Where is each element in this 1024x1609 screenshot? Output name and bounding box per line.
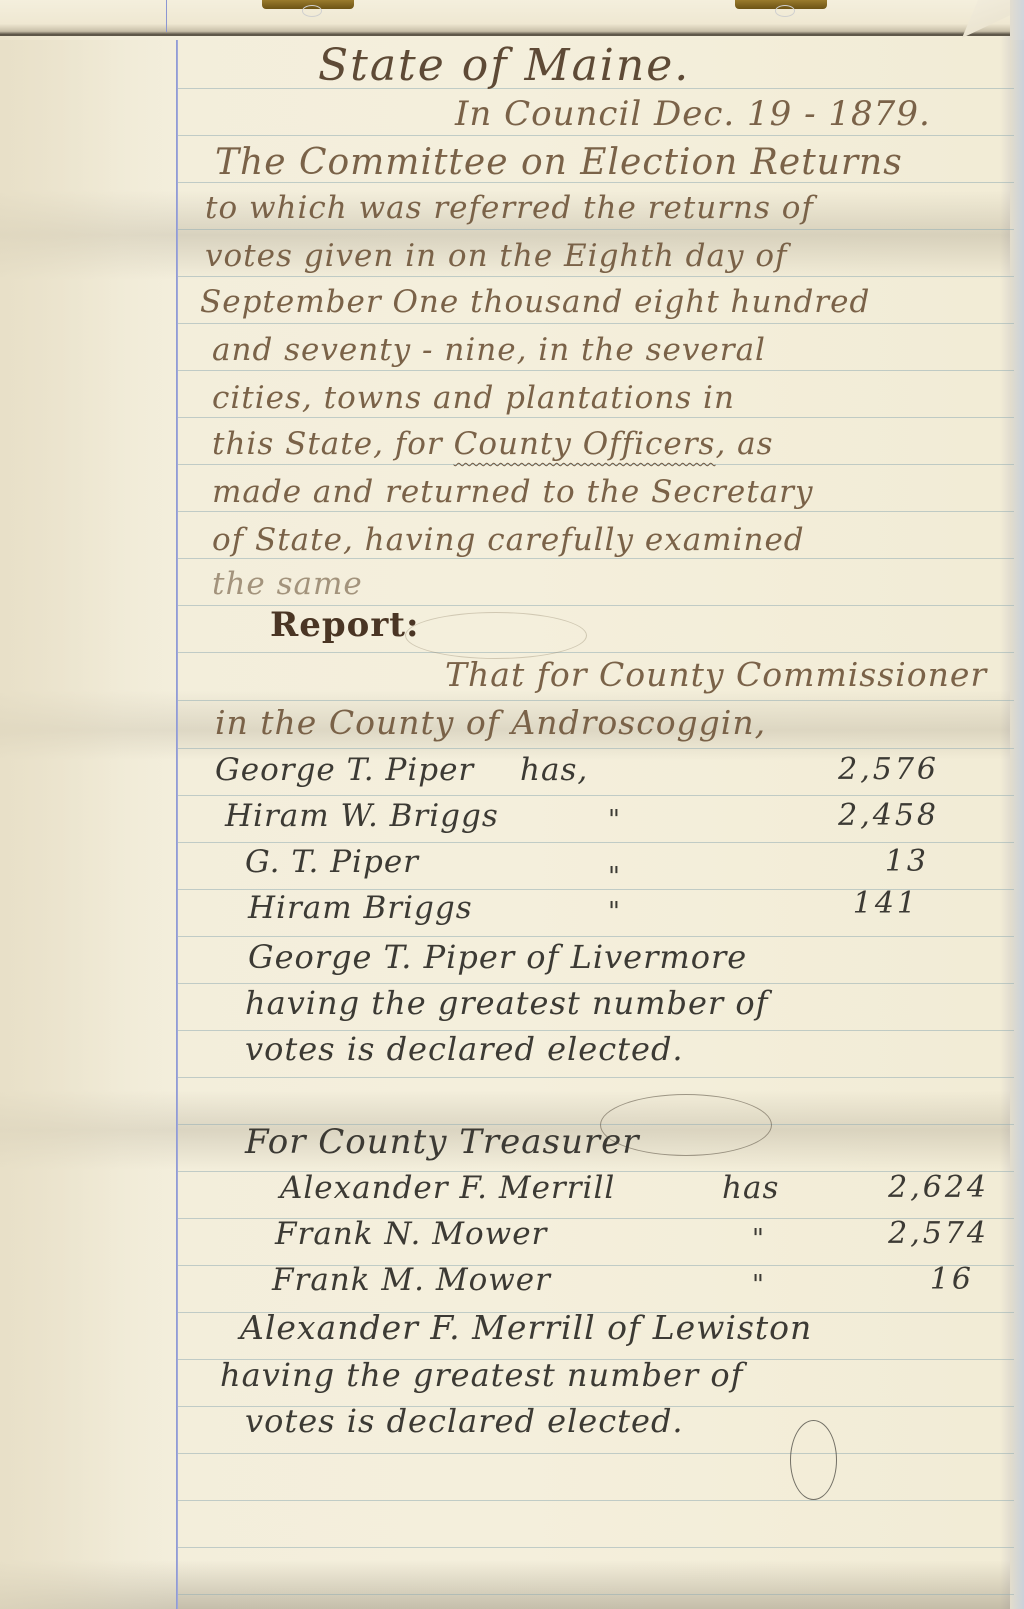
candidate-name: Hiram W. Briggs xyxy=(225,798,499,834)
report-label: Report: xyxy=(270,605,420,645)
commissioner-intro: in the County of Androscoggin, xyxy=(215,703,766,742)
has-label: has, xyxy=(520,752,588,788)
conclusion-line: having the greatest number of xyxy=(220,1356,743,1394)
ditto-mark: " xyxy=(608,805,620,835)
conclusion-line: votes is declared elected. xyxy=(245,1402,684,1440)
pen-flourish xyxy=(405,612,587,659)
pen-flourish xyxy=(790,1420,837,1500)
ditto-mark: " xyxy=(608,862,620,892)
candidate-name: Frank M. Mower xyxy=(272,1262,551,1298)
vote-count: 13 xyxy=(885,844,929,879)
candidate-name: G. T. Piper xyxy=(245,844,419,880)
underlined-county-officers: County Officers xyxy=(454,426,716,462)
string-knot-icon xyxy=(775,5,795,17)
vote-count: 2,624 xyxy=(888,1170,989,1205)
vote-count: 2,458 xyxy=(838,798,939,833)
preamble-line: votes given in on the Eighth day of xyxy=(205,238,787,274)
ditto-mark: " xyxy=(752,1270,764,1300)
preamble-line: cities, towns and plantations in xyxy=(212,380,735,416)
candidate-name: George T. Piper xyxy=(215,752,474,788)
preamble-line: The Committee on Election Returns xyxy=(215,142,903,183)
vote-count: 141 xyxy=(853,886,919,921)
commissioner-intro: That for County Commissioner xyxy=(445,655,987,694)
candidate-name: Frank N. Mower xyxy=(275,1216,547,1252)
candidate-name: Hiram Briggs xyxy=(248,890,473,926)
preamble-line: of State, having carefully examined xyxy=(212,522,805,558)
preamble-line: made and returned to the Secretary xyxy=(212,474,813,510)
conclusion-line: Alexander F. Merrill of Lewiston xyxy=(240,1308,812,1347)
vote-count: 2,574 xyxy=(888,1216,989,1251)
conclusion-line: having the greatest number of xyxy=(245,984,768,1022)
preamble-line: and seventy - nine, in the several xyxy=(212,332,766,368)
left-margin-area xyxy=(0,40,176,1609)
has-label: has xyxy=(722,1170,779,1206)
folded-top-flap xyxy=(0,0,1010,36)
ditto-mark: " xyxy=(752,1224,764,1254)
document-heading: State of Maine. xyxy=(318,40,690,91)
preamble-line-county-officers: this State, for County Officers, as xyxy=(212,426,774,462)
preamble-line: September One thousand eight hundred xyxy=(200,284,870,320)
ledger-page: State of Maine. In Council Dec. 19 - 187… xyxy=(0,0,1024,1609)
treasurer-intro: For County Treasurer xyxy=(245,1122,640,1162)
conclusion-line: votes is declared elected. xyxy=(245,1030,684,1068)
conclusion-line: George T. Piper of Livermore xyxy=(248,938,747,976)
dateline: In Council Dec. 19 - 1879. xyxy=(455,94,931,134)
preamble-line: to which was referred the returns of xyxy=(205,190,814,226)
vote-count: 16 xyxy=(930,1262,974,1297)
flap-margin-line xyxy=(166,0,167,32)
candidate-name: Alexander F. Merrill xyxy=(280,1170,615,1206)
ditto-mark: " xyxy=(608,897,620,927)
vote-count: 2,576 xyxy=(838,752,939,787)
string-knot-icon xyxy=(302,5,322,17)
preamble-line: the same xyxy=(212,566,363,602)
